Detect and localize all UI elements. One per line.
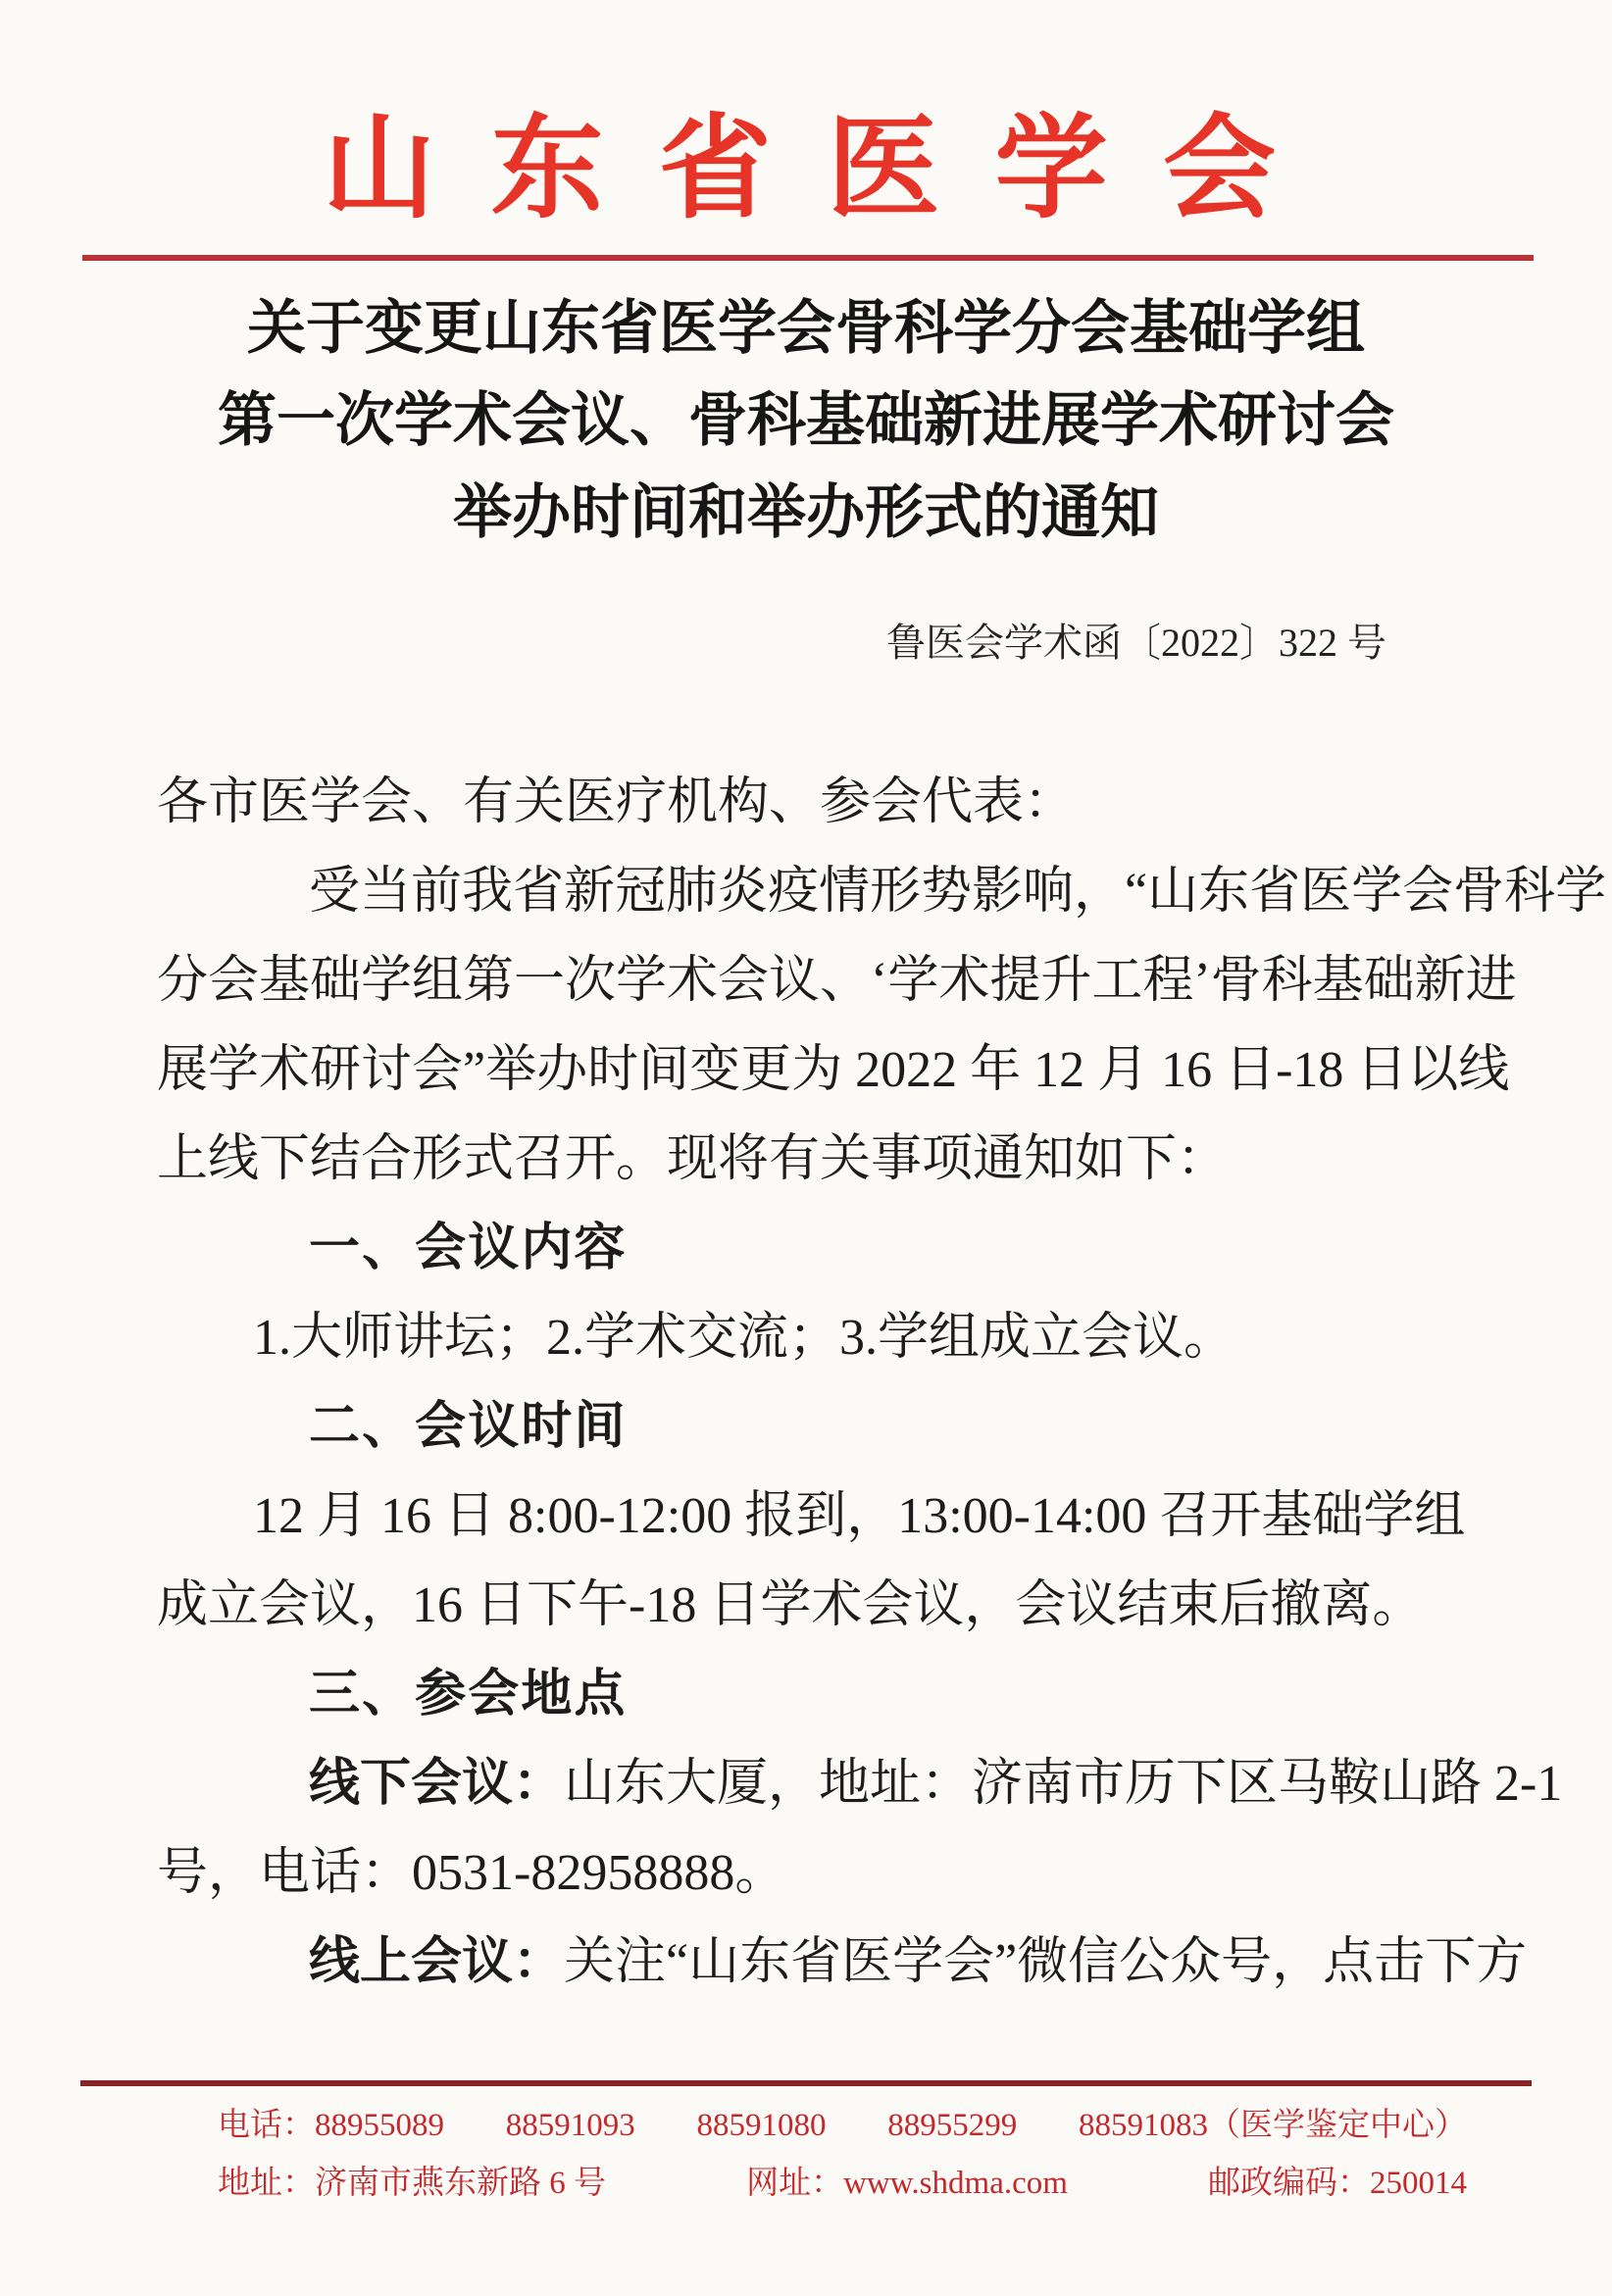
footer-rule [80, 2080, 1532, 2086]
paragraph-1-line-3: 展学术研讨会”举办时间变更为 2022 年 12 月 16 日-18 日以线 [157, 1025, 1465, 1115]
online-meeting-label: 线上会议： [309, 1933, 564, 1990]
footer-info-row: 地址：济南市燕东新路 6 号 网址：www.shdma.com 邮政编码：250… [218, 2164, 1467, 2204]
offline-meeting-line-1: 线下会议：山东大厦，地址：济南市历下区马鞍山路 2-1 [157, 1739, 1465, 1828]
footer-phone-3: 88591080 [697, 2106, 827, 2146]
footer-address-group: 地址：济南市燕东新路 6 号 [218, 2164, 606, 2204]
footer-postal-group: 邮政编码：250014 [1208, 2164, 1467, 2204]
salutation: 各市医学会、有关医疗机构、参会代表： [157, 758, 1465, 847]
footer-website: www.shdma.com [843, 2166, 1068, 2201]
section-2-line-1: 12 月 16 日 8:00-12:00 报到，13:00-14:00 召开基础… [157, 1472, 1465, 1561]
paragraph-1-line-4: 上线下结合形式召开。现将有关事项通知如下： [157, 1115, 1465, 1204]
title-line-2: 第一次学术会议、骨科基础新进展学术研讨会 [0, 374, 1612, 467]
document-page: 山 东 省 医 学 会 关于变更山东省医学会骨科学分会基础学组 第一次学术会议、… [0, 0, 1612, 2296]
section-2-line-2: 成立会议，16 日下午-18 日学术会议，会议结束后撤离。 [157, 1561, 1465, 1650]
footer-phone-2: 88591093 [506, 2106, 635, 2146]
footer-website-label: 网址： [746, 2166, 843, 2201]
footer-phone-row: 电话：88955089 88591093 88591080 88955299 8… [218, 2106, 1467, 2146]
letterhead-rule [82, 255, 1534, 261]
section-1-heading: 一、会议内容 [309, 1204, 1465, 1293]
offline-meeting-line-2: 号，电话：0531-82958888。 [157, 1828, 1465, 1918]
online-meeting-line-1: 线上会议：关注“山东省医学会”微信公众号，点击下方 [157, 1918, 1465, 2007]
section-1-items: 1.大师讲坛；2.学术交流；3.学组成立会议。 [157, 1293, 1465, 1382]
online-meeting-text: 关注“山东省医学会”微信公众号，点击下方 [564, 1934, 1527, 1990]
title-line-1: 关于变更山东省医学会骨科学分会基础学组 [0, 282, 1612, 374]
footer-address-label: 地址： [218, 2166, 315, 2201]
document-number: 鲁医会学术函〔2022〕322 号 [0, 612, 1612, 668]
footer-phone-label: 电话： [218, 2108, 315, 2143]
footer-phone-group: 电话：88955089 [218, 2106, 444, 2146]
page-footer: 电话：88955089 88591093 88591080 88955299 8… [0, 2080, 1612, 2205]
title-line-3: 举办时间和举办形式的通知 [0, 467, 1612, 559]
footer-postal-code: 250014 [1370, 2166, 1467, 2201]
footer-phone-1: 88955089 [315, 2108, 444, 2143]
offline-meeting-text: 山东大厦，地址：济南市历下区马鞍山路 2-1 [564, 1756, 1562, 1812]
footer-address: 济南市燕东新路 6 号 [315, 2166, 606, 2201]
footer-postal-label: 邮政编码： [1208, 2166, 1370, 2201]
section-2-heading: 二、会议时间 [309, 1382, 1465, 1472]
document-body: 各市医学会、有关医疗机构、参会代表： 受当前我省新冠肺炎疫情形势影响，“山东省医… [157, 758, 1465, 2007]
footer-phone-5: 88591083（医学鉴定中心） [1079, 2106, 1467, 2146]
footer-website-group: 网址：www.shdma.com [746, 2164, 1068, 2204]
letterhead-org-name: 山 东 省 医 学 会 [0, 0, 1612, 229]
offline-meeting-label: 线下会议： [309, 1755, 564, 1812]
footer-phone-4: 88955299 [887, 2106, 1017, 2146]
document-title: 关于变更山东省医学会骨科学分会基础学组 第一次学术会议、骨科基础新进展学术研讨会… [0, 282, 1612, 559]
paragraph-1-line-1: 受当前我省新冠肺炎疫情形势影响，“山东省医学会骨科学 [157, 847, 1465, 936]
section-3-heading: 三、参会地点 [309, 1650, 1465, 1739]
paragraph-1-line-2: 分会基础学组第一次学术会议、‘学术提升工程’骨科基础新进 [157, 936, 1465, 1025]
